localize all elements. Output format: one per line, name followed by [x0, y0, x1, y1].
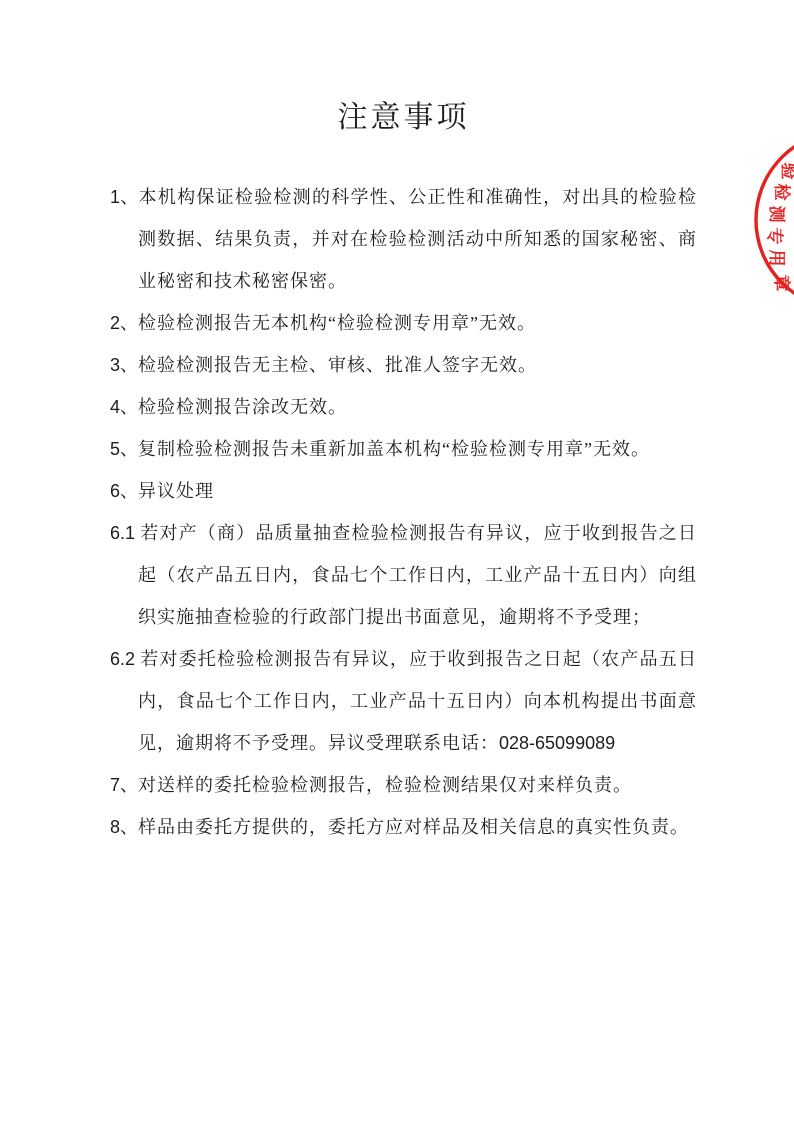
item-number: 8、	[110, 817, 138, 837]
official-seal-stamp: 验 检 测 专 用 章	[752, 140, 794, 300]
item-text: 检验检测报告无主检、审核、批准人签字无效。	[138, 355, 537, 375]
notice-item: 1、本机构保证检验检测的科学性、公正性和准确性，对出具的检验检测数据、结果负责，…	[110, 176, 697, 302]
item-text: 复制检验检测报告未重新加盖本机构“检验检测专用章”无效。	[138, 439, 650, 459]
stamp-graphic: 验 检 测 专 用 章	[752, 140, 794, 300]
item-text: 检验检测报告涂改无效。	[138, 397, 347, 417]
document-page: 注意事项 1、本机构保证检验检测的科学性、公正性和准确性，对出具的检验检测数据、…	[0, 0, 794, 1123]
notice-item: 3、检验检测报告无主检、审核、批准人签字无效。	[110, 344, 697, 386]
item-number: 1、	[110, 187, 139, 207]
item-number: 5、	[110, 439, 138, 459]
item-text: 检验检测报告无本机构“检验检测专用章”无效。	[138, 313, 536, 333]
notice-item: 6、异议处理	[110, 470, 697, 512]
item-text: 异议处理	[138, 481, 214, 501]
item-number: 2、	[110, 313, 138, 333]
notice-item: 5、复制检验检测报告未重新加盖本机构“检验检测专用章”无效。	[110, 428, 697, 470]
page-title: 注意事项	[110, 0, 697, 136]
stamp-character: 用	[767, 250, 786, 267]
notice-item: 6.2 若对委托检验检测报告有异议，应于收到报告之日起（农产品五日内，食品七个工…	[110, 638, 697, 764]
item-text: 若对产（商）品质量抽查检验检测报告有异议，应于收到报告之日起（农产品五日内，食品…	[138, 523, 697, 627]
notice-item: 8、样品由委托方提供的，委托方应对样品及相关信息的真实性负责。	[110, 806, 697, 848]
item-number: 6、	[110, 481, 138, 501]
item-text: 本机构保证检验检测的科学性、公正性和准确性，对出具的检验检测数据、结果负责，并对…	[138, 187, 697, 291]
notice-item: 6.1 若对产（商）品质量抽查检验检测报告有异议，应于收到报告之日起（农产品五日…	[110, 512, 697, 638]
stamp-character: 验	[779, 163, 794, 180]
item-number: 3、	[110, 355, 138, 375]
item-phone-number: 028-65099089	[499, 733, 615, 753]
stamp-character: 章	[772, 275, 792, 292]
notice-list: 1、本机构保证检验检测的科学性、公正性和准确性，对出具的检验检测数据、结果负责，…	[110, 176, 697, 848]
item-number: 6.2	[110, 649, 140, 669]
item-number: 4、	[110, 397, 138, 417]
stamp-characters: 验 检 测 专 用 章	[765, 163, 794, 292]
notice-item: 2、检验检测报告无本机构“检验检测专用章”无效。	[110, 302, 697, 344]
stamp-character: 检	[772, 184, 792, 202]
item-text: 样品由委托方提供的，委托方应对样品及相关信息的真实性负责。	[138, 817, 689, 837]
stamp-arc	[756, 140, 794, 300]
notice-item: 7、对送样的委托检验检测报告，检验检测结果仅对来样负责。	[110, 764, 697, 806]
stamp-character: 测	[767, 206, 786, 223]
stamp-character: 专	[765, 228, 785, 245]
notice-item: 4、检验检测报告涂改无效。	[110, 386, 697, 428]
item-number: 6.1	[110, 523, 140, 543]
item-number: 7、	[110, 775, 138, 795]
item-text: 对送样的委托检验检测报告，检验检测结果仅对来样负责。	[138, 775, 632, 795]
